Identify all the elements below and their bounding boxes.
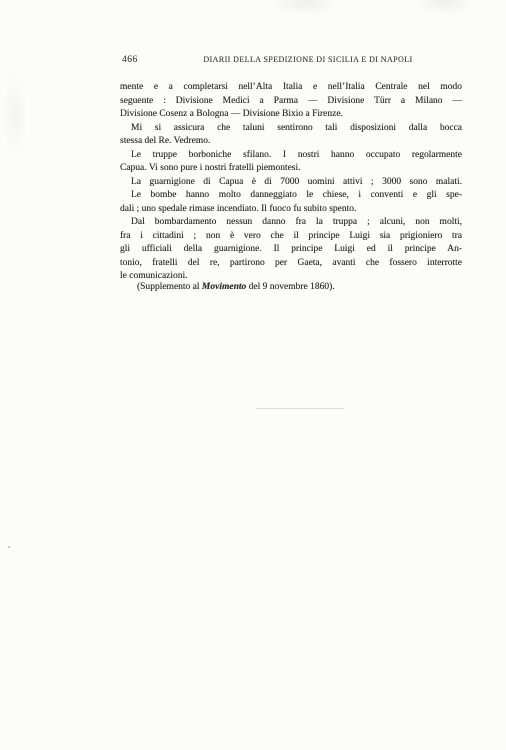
text-line: Capua. Vi sono pure i nostri fratelli pi…: [120, 162, 462, 176]
text-line: stessa del Re. Vedremo.: [120, 135, 462, 149]
scan-speck: [8, 546, 10, 548]
text-line: La guarnigione di Capua è di 7000 uomini…: [120, 176, 462, 190]
text-line: Le bombe hanno molto danneggiato le chie…: [120, 189, 462, 203]
source-suffix: del 9 novembre 1860).: [246, 282, 334, 292]
text-line: Divisione Cosenz a Bologna — Divisione B…: [120, 108, 462, 122]
separator-rule: [256, 408, 344, 409]
source-citation: (Supplemento al Movimento del 9 novembre…: [137, 281, 462, 294]
running-title: DIARII DELLA SPEDIZIONE DI SICILIA E DI …: [120, 55, 462, 64]
text-line: Mi si assicura che taluni sentirono tali…: [120, 122, 462, 136]
scan-smudge: [270, 0, 340, 16]
text-line: fra i cittadini ; non è vero che il prin…: [120, 230, 462, 244]
page-number: 466: [122, 55, 138, 65]
scan-smudge: [2, 70, 28, 160]
scan-smudge: [415, 0, 475, 16]
text-line: Le truppe borboniche sfilano. I nostri h…: [120, 149, 462, 163]
text-line: mente e a completarsi nell’Alta Italia e…: [120, 81, 462, 95]
text-line: tonio, fratelli del re, partirono per Ga…: [120, 257, 462, 271]
book-page: 466 DIARII DELLA SPEDIZIONE DI SICILIA E…: [0, 0, 506, 750]
journal-title: Movimento: [202, 282, 246, 292]
text-line: Dal bombardamento nessun danno fra la tr…: [120, 216, 462, 230]
text-line: gli ufficiali della guarnigione. Il prin…: [120, 243, 462, 257]
body-text: mente e a completarsi nell’Alta Italia e…: [120, 81, 462, 284]
source-prefix: (Supplemento al: [137, 282, 202, 292]
running-header: 466 DIARII DELLA SPEDIZIONE DI SICILIA E…: [120, 55, 462, 67]
text-line: seguente : Divisione Medici a Parma — Di…: [120, 95, 462, 109]
text-line: dali ; uno spedale rimase incendiato. Il…: [120, 203, 462, 217]
